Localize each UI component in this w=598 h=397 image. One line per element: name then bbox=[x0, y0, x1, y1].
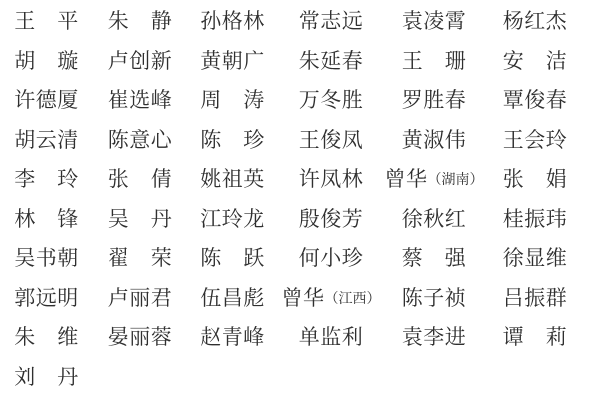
name-cell: 罗胜春 bbox=[384, 81, 484, 121]
name-cell: 许德厦 bbox=[0, 81, 93, 121]
name-cell: 张 娟 bbox=[484, 160, 586, 200]
name-cell: 刘 丹 bbox=[0, 358, 93, 397]
person-name: 孙格林 bbox=[200, 11, 265, 32]
person-name: 王俊凤 bbox=[299, 130, 364, 151]
person-name: 卢创新 bbox=[108, 51, 173, 72]
name-cell: 徐秋红 bbox=[384, 200, 484, 240]
person-name: 黄朝广 bbox=[200, 51, 265, 72]
name-cell: 覃俊春 bbox=[484, 81, 586, 121]
name-cell: 殷俊芳 bbox=[278, 200, 384, 240]
person-name: 何小珍 bbox=[299, 248, 364, 269]
person-name: 崔选峰 bbox=[108, 90, 173, 111]
name-list-grid: 王 平 朱 静 孙格林 常志远 袁凌霄 杨红杰 胡 璇 卢创新 黄朝广 朱延春 … bbox=[0, 2, 586, 397]
person-name: 王会玲 bbox=[503, 130, 568, 151]
name-cell: 晏丽蓉 bbox=[93, 318, 187, 358]
name-cell: 卢丽君 bbox=[93, 279, 187, 319]
person-name: 李 玲 bbox=[14, 169, 79, 190]
name-cell: 陈意心 bbox=[93, 121, 187, 161]
person-name: 陈 珍 bbox=[200, 130, 265, 151]
name-cell bbox=[484, 358, 586, 397]
name-cell: 伍昌彪 bbox=[187, 279, 278, 319]
person-name-note: （湖南） bbox=[428, 171, 484, 188]
person-name: 陈意心 bbox=[108, 130, 173, 151]
name-cell bbox=[384, 358, 484, 397]
name-cell: 谭 莉 bbox=[484, 318, 586, 358]
name-cell: 王 平 bbox=[0, 2, 93, 42]
person-name: 杨红杰 bbox=[503, 11, 568, 32]
person-name: 晏丽蓉 bbox=[108, 327, 173, 348]
name-cell: 常志远 bbox=[278, 2, 384, 42]
person-name: 胡云清 bbox=[14, 130, 79, 151]
name-cell: 王 珊 bbox=[384, 42, 484, 82]
name-cell: 王俊凤 bbox=[278, 121, 384, 161]
name-cell: 胡 璇 bbox=[0, 42, 93, 82]
name-cell: 孙格林 bbox=[187, 2, 278, 42]
name-cell: 李 玲 bbox=[0, 160, 93, 200]
person-name: 林 锋 bbox=[14, 209, 79, 230]
person-name: 朱 静 bbox=[108, 11, 173, 32]
name-cell: 吴 丹 bbox=[93, 200, 187, 240]
person-name: 许德厦 bbox=[14, 90, 79, 111]
name-cell: 蔡 强 bbox=[384, 239, 484, 279]
person-name: 卢丽君 bbox=[108, 288, 173, 309]
person-name: 吕振群 bbox=[503, 288, 568, 309]
name-cell: 林 锋 bbox=[0, 200, 93, 240]
person-name: 陈子祯 bbox=[402, 288, 467, 309]
name-cell: 吴书朝 bbox=[0, 239, 93, 279]
name-cell: 单监利 bbox=[278, 318, 384, 358]
person-name: 许凤林 bbox=[299, 169, 364, 190]
person-name: 张 倩 bbox=[108, 169, 173, 190]
name-cell bbox=[187, 358, 278, 397]
person-name: 蔡 强 bbox=[402, 248, 467, 269]
name-cell: 卢创新 bbox=[93, 42, 187, 82]
person-name: 吴书朝 bbox=[14, 248, 79, 269]
person-name: 徐秋红 bbox=[402, 209, 467, 230]
name-cell: 陈子祯 bbox=[384, 279, 484, 319]
person-name: 黄淑伟 bbox=[402, 130, 467, 151]
name-cell: 袁凌霄 bbox=[384, 2, 484, 42]
person-name: 朱 维 bbox=[14, 327, 79, 348]
person-name: 安 洁 bbox=[503, 51, 568, 72]
name-cell: 桂振玮 bbox=[484, 200, 586, 240]
name-cell: 曾华（江西） bbox=[278, 279, 384, 319]
person-name: 朱延春 bbox=[299, 51, 364, 72]
person-name: 徐显维 bbox=[503, 248, 568, 269]
person-name: 袁凌霄 bbox=[402, 11, 467, 32]
person-name: 单监利 bbox=[299, 327, 364, 348]
name-cell: 张 倩 bbox=[93, 160, 187, 200]
person-name: 伍昌彪 bbox=[200, 288, 265, 309]
person-name: 吴 丹 bbox=[108, 209, 173, 230]
name-cell: 崔选峰 bbox=[93, 81, 187, 121]
person-name: 谭 莉 bbox=[503, 327, 568, 348]
person-name: 罗胜春 bbox=[402, 90, 467, 111]
name-cell: 徐显维 bbox=[484, 239, 586, 279]
name-cell: 何小珍 bbox=[278, 239, 384, 279]
person-name: 王 珊 bbox=[402, 51, 467, 72]
name-cell: 陈 珍 bbox=[187, 121, 278, 161]
person-name: 姚祖英 bbox=[200, 169, 265, 190]
name-cell bbox=[93, 358, 187, 397]
name-cell: 胡云清 bbox=[0, 121, 93, 161]
person-name: 翟 荣 bbox=[108, 248, 173, 269]
person-name: 江玲龙 bbox=[200, 209, 265, 230]
person-name: 覃俊春 bbox=[503, 90, 568, 111]
person-name: 陈 跃 bbox=[200, 248, 265, 269]
name-cell: 杨红杰 bbox=[484, 2, 586, 42]
name-cell: 吕振群 bbox=[484, 279, 586, 319]
name-cell: 姚祖英 bbox=[187, 160, 278, 200]
name-cell: 朱延春 bbox=[278, 42, 384, 82]
name-cell: 江玲龙 bbox=[187, 200, 278, 240]
person-name: 王 平 bbox=[14, 11, 79, 32]
person-name: 万冬胜 bbox=[299, 90, 364, 111]
person-name: 赵青峰 bbox=[200, 327, 265, 348]
name-cell: 朱 静 bbox=[93, 2, 187, 42]
name-cell: 曾华（湖南） bbox=[384, 160, 484, 200]
name-cell: 黄淑伟 bbox=[384, 121, 484, 161]
name-cell: 陈 跃 bbox=[187, 239, 278, 279]
person-name: 胡 璇 bbox=[14, 51, 79, 72]
name-cell bbox=[278, 358, 384, 397]
name-cell: 朱 维 bbox=[0, 318, 93, 358]
name-cell: 万冬胜 bbox=[278, 81, 384, 121]
name-cell: 袁李进 bbox=[384, 318, 484, 358]
person-name: 刘 丹 bbox=[14, 367, 79, 388]
person-name: 曾华 bbox=[385, 169, 428, 190]
person-name: 桂振玮 bbox=[503, 209, 568, 230]
name-cell: 郭远明 bbox=[0, 279, 93, 319]
person-name: 郭远明 bbox=[14, 288, 79, 309]
person-name: 殷俊芳 bbox=[299, 209, 364, 230]
person-name: 常志远 bbox=[299, 11, 364, 32]
person-name: 张 娟 bbox=[503, 169, 568, 190]
name-cell: 许凤林 bbox=[278, 160, 384, 200]
document-page: 王 平 朱 静 孙格林 常志远 袁凌霄 杨红杰 胡 璇 卢创新 黄朝广 朱延春 … bbox=[0, 0, 598, 397]
name-cell: 赵青峰 bbox=[187, 318, 278, 358]
person-name: 周 涛 bbox=[200, 90, 265, 111]
name-cell: 周 涛 bbox=[187, 81, 278, 121]
person-name-note: （江西） bbox=[325, 290, 381, 307]
name-cell: 安 洁 bbox=[484, 42, 586, 82]
person-name: 袁李进 bbox=[402, 327, 467, 348]
person-name: 曾华 bbox=[282, 288, 325, 309]
name-cell: 王会玲 bbox=[484, 121, 586, 161]
name-cell: 翟 荣 bbox=[93, 239, 187, 279]
name-cell: 黄朝广 bbox=[187, 42, 278, 82]
